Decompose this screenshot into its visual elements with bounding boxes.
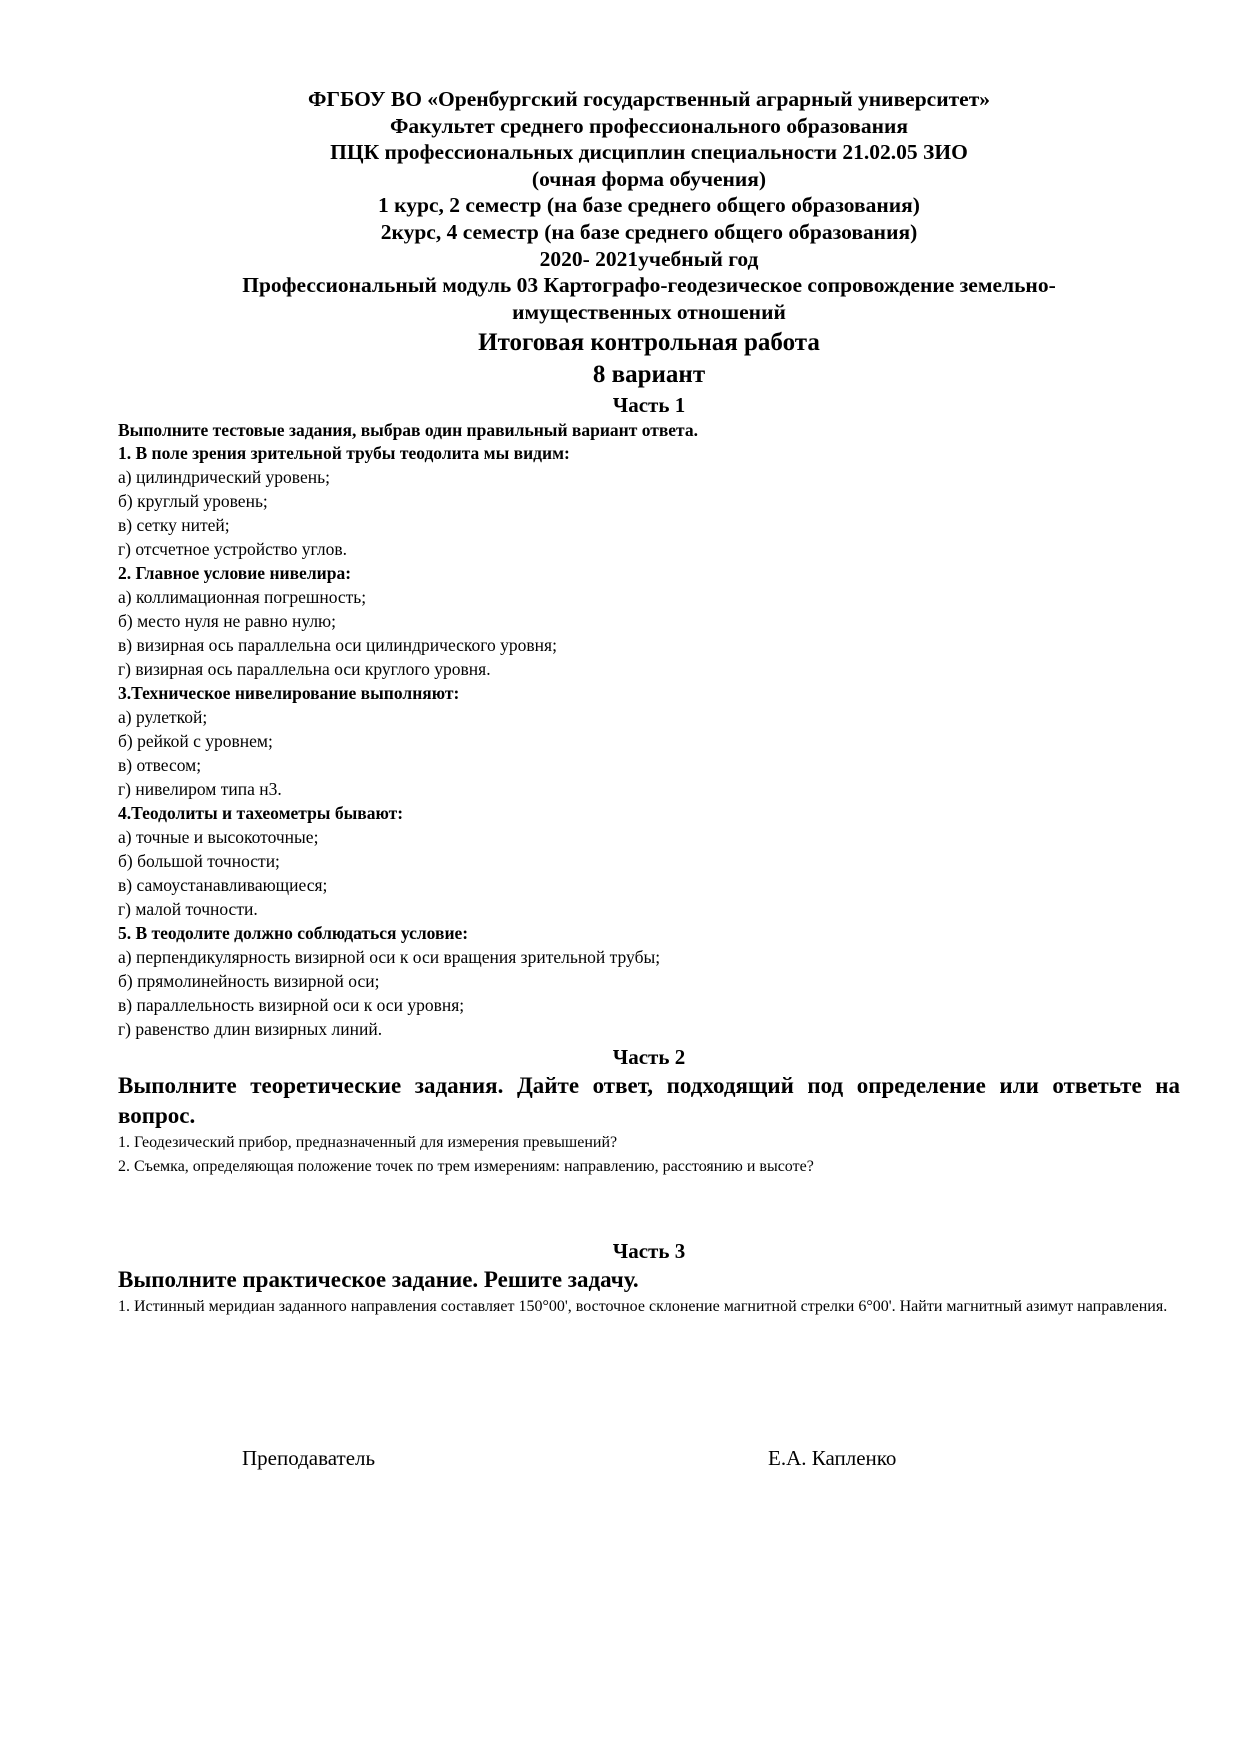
part-2-item: 2. Съемка, определяющая положение точек …	[118, 1155, 1180, 1179]
part-3-heading: Часть 3	[118, 1237, 1180, 1265]
part-3: Часть 3 Выполните практическое задание. …	[118, 1237, 1180, 1319]
question-5: 5. В теодолите должно соблюдаться услови…	[118, 921, 1180, 945]
question-1: 1. В поле зрения зрительной трубы теодол…	[118, 441, 1180, 465]
answer-option: г) визирная ось параллельна оси круглого…	[118, 657, 1180, 681]
answer-option: г) малой точности.	[118, 897, 1180, 921]
part-1-instruction: Выполните тестовые задания, выбрав один …	[118, 419, 1180, 441]
answer-option: б) большой точности;	[118, 849, 1180, 873]
header-university: ФГБОУ ВО «Оренбургский государственный а…	[118, 86, 1180, 113]
part-2: Часть 2 Выполните теоретические задания.…	[118, 1043, 1180, 1179]
signature-name: Е.А. Капленко	[768, 1446, 896, 1471]
answer-option: а) коллимационная погрешность;	[118, 585, 1180, 609]
answer-option: б) круглый уровень;	[118, 489, 1180, 513]
answer-option: а) перпендикулярность визирной оси к оси…	[118, 945, 1180, 969]
header-department: ПЦК профессиональных дисциплин специальн…	[118, 139, 1180, 166]
answer-option: б) место нуля не равно нулю;	[118, 609, 1180, 633]
question-4: 4.Теодолиты и тахеометры бывают:	[118, 801, 1180, 825]
answer-option: а) точные и высокоточные;	[118, 825, 1180, 849]
answer-option: б) прямолинейность визирной оси;	[118, 969, 1180, 993]
part-2-heading: Часть 2	[118, 1043, 1180, 1071]
part-3-instruction: Выполните практическое задание. Решите з…	[118, 1265, 1180, 1295]
part-1: Часть 1 Выполните тестовые задания, выбр…	[118, 391, 1180, 1041]
answer-option: г) равенство длин визирных линий.	[118, 1017, 1180, 1041]
answer-option: в) отвесом;	[118, 753, 1180, 777]
answer-option: а) рулеткой;	[118, 705, 1180, 729]
variant-title: 8 вариант	[118, 359, 1180, 391]
header-module-cont: имущественных отношений	[118, 299, 1180, 326]
part-2-item: 1. Геодезический прибор, предназначенный…	[118, 1131, 1180, 1155]
part-1-heading: Часть 1	[118, 391, 1180, 419]
answer-option: в) параллельность визирной оси к оси уро…	[118, 993, 1180, 1017]
answer-option: в) визирная ось параллельна оси цилиндри…	[118, 633, 1180, 657]
question-3: 3.Техническое нивелирование выполняют:	[118, 681, 1180, 705]
part-3-item: 1. Истинный меридиан заданного направлен…	[118, 1295, 1180, 1319]
answer-option: в) самоустанавливающиеся;	[118, 873, 1180, 897]
part-1-questions: 1. В поле зрения зрительной трубы теодол…	[118, 441, 1180, 1041]
answer-option: а) цилиндрический уровень;	[118, 465, 1180, 489]
header-study-form: (очная форма обучения)	[118, 166, 1180, 193]
signature-role: Преподаватель	[242, 1446, 375, 1471]
header-faculty: Факультет среднего профессионального обр…	[118, 113, 1180, 140]
header-module: Профессиональный модуль 03 Картографо-ге…	[118, 272, 1180, 299]
header-year: 2020- 2021учебный год	[118, 246, 1180, 273]
answer-option: г) нивелиром типа н3.	[118, 777, 1180, 801]
part-2-instruction: Выполните теоретические задания. Дайте о…	[118, 1071, 1180, 1131]
header-course-1: 1 курс, 2 семестр (на базе среднего обще…	[118, 192, 1180, 219]
page-title: Итоговая контрольная работа	[118, 327, 1180, 359]
question-2: 2. Главное условие нивелира:	[118, 561, 1180, 585]
header-course-2: 2курс, 4 семестр (на базе среднего общег…	[118, 219, 1180, 246]
answer-option: г) отсчетное устройство углов.	[118, 537, 1180, 561]
document-page: ФГБОУ ВО «Оренбургский государственный а…	[118, 86, 1180, 1319]
answer-option: в) сетку нитей;	[118, 513, 1180, 537]
answer-option: б) рейкой с уровнем;	[118, 729, 1180, 753]
